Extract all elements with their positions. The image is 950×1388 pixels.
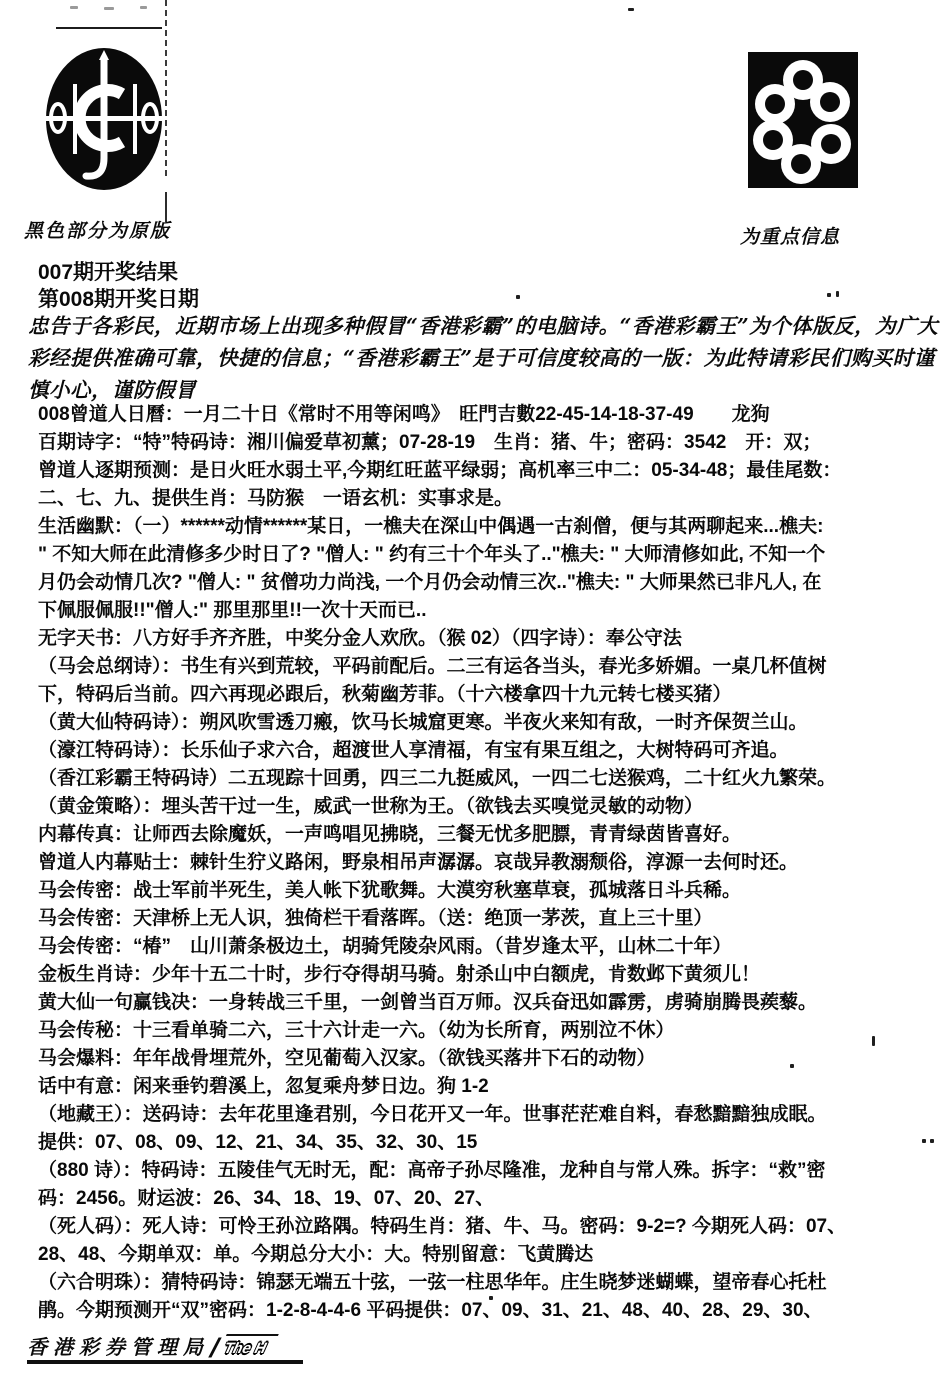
footer-brand-cn: 香港彩券管理局 bbox=[27, 1334, 209, 1360]
text-line-15: 内幕传真：让师西去除魔妖，一声鸣唱见拂晓，三餐无忧多肥膘，青青绿茵皆喜好。 bbox=[38, 821, 946, 849]
scan-noise bbox=[516, 295, 520, 299]
text-line-21: 黄大仙一句赢钱决：一身转战三千里，一剑曾当百万师。汉兵奋迅如霹雳，虏骑崩腾畏蒺藜… bbox=[38, 989, 946, 1017]
text-line-2: 曾道人逐期预测：是日火旺水弱土平,今期红旺蓝平绿弱；高机率三中二：05-34-4… bbox=[38, 457, 946, 485]
scanned-lottery-sheet: { "header": { "left_logo": "club-crest-i… bbox=[0, 0, 950, 1388]
body-text: 008曾道人日曆：一月二十日《常时不用等闲鸣》 旺門吉數22-45-14-18-… bbox=[38, 401, 946, 1325]
text-line-32: 鹃。今期预测开“双”密码：1-2-8-4-4-6 平码提供：07、09、31、2… bbox=[38, 1297, 946, 1325]
text-line-6: 月仍会动情几次? "僧人: " 贫僧功力尚浅, 一个月仍会动情三次.."樵夫: … bbox=[38, 569, 946, 597]
text-line-12: （濠江特码诗）：长乐仙子求六合，超渡世人享清福，有宝有果互组之，大树特码可齐追。 bbox=[38, 737, 946, 765]
footer-brand: 香港彩券管理局 / The H bbox=[27, 1330, 303, 1364]
text-line-14: （黄金策略）：埋头苦干过一生，威武一世称为王。（欲钱去买嗅觉灵敏的动物） bbox=[38, 793, 946, 821]
scan-noise bbox=[140, 6, 147, 9]
text-line-5: " 不知大师在此清修多少时日了? "僧人: " 约有三十个年头了.."樵夫: "… bbox=[38, 541, 946, 569]
club-crest-icon bbox=[44, 46, 166, 199]
text-line-24: 话中有意：闲来垂钓碧溪上，忽复乘舟梦日边。狗 1-2 bbox=[38, 1073, 946, 1101]
text-line-27: （880 诗）：特码诗：五陵佳气无时无，配：高帝子孙尽隆准，龙种自与常人殊。拆字… bbox=[38, 1157, 946, 1185]
left-logo-caption: 黑色部分为原版 bbox=[24, 216, 171, 243]
scan-noise bbox=[827, 293, 831, 297]
draw-titles: 007期开奖结果 第008期开奖日期 bbox=[38, 259, 199, 313]
text-line-0: 008曾道人日曆：一月二十日《常时不用等闲鸣》 旺門吉數22-45-14-18-… bbox=[38, 401, 946, 429]
text-line-18: 马会传密：天津桥上无人识，独倚栏干看落晖。（送：绝顶一茅茨，直上三十里） bbox=[38, 905, 946, 933]
right-logo-caption: 为重点信息 bbox=[740, 222, 840, 249]
scan-noise bbox=[836, 291, 839, 297]
scan-noise bbox=[628, 8, 634, 11]
text-line-13: （香江彩霸王特码诗）二五现踪十回勇，四三二九挺威风，一四二七送猴鸡，二十红火九繁… bbox=[38, 765, 946, 793]
text-line-17: 马会传密：战士军前半死生，美人帐下犹歌舞。大漠穷秋塞草衰，孤城落日斗兵稀。 bbox=[38, 877, 946, 905]
text-line-16: 曾道人内幕贴士：棘针生狞义路闲，野泉相吊声潺潺。哀哉异教溺颓俗，淳源一去何时还。 bbox=[38, 849, 946, 877]
previous-draw-result-title: 007期开奖结果 bbox=[38, 259, 199, 286]
text-line-29: （死人码）：死人诗：可怜王孙泣路隅。特码生肖：猪、牛、马。密码：9-2=? 今期… bbox=[38, 1213, 946, 1241]
text-line-31: （六合明珠）：猜特码诗：锦瑟无端五十弦，一弦一柱思华年。庄生晓梦迷蝴蝶，望帝春心… bbox=[38, 1269, 946, 1297]
text-line-25: （地藏王）：送码诗：去年花里逢君别，今日花开又一年。世事茫茫难自料，春愁黯黯独成… bbox=[38, 1101, 946, 1129]
text-line-10: 下，特码后当前。四六再现必跟后，秋菊幽芳菲。（十六楼拿四十九元转七楼买猪） bbox=[38, 681, 946, 709]
footer-brand-en: The H bbox=[215, 1334, 278, 1360]
text-line-28: 码：2456。财运波：26、34、18、19、07、20、27、 bbox=[38, 1185, 946, 1213]
text-line-8: 无字天书：八方好手齐齐胜，中奖分金人欢欣。（猴 02）（四字诗）：奉公守法 bbox=[38, 625, 946, 653]
faded-header-underline bbox=[56, 12, 162, 29]
scan-noise bbox=[104, 7, 114, 10]
text-line-9: （马会总纲诗）：书生有兴到荒较，平码前配后。二三有运各当头，春光多娇媚。一桌几杯… bbox=[38, 653, 946, 681]
text-line-30: 28、48、今期单双：单。今期总分大小：大。特别留意：飞黄腾达 bbox=[38, 1241, 946, 1269]
next-draw-date-title: 第008期开奖日期 bbox=[38, 286, 199, 313]
text-line-22: 马会传秘：十三看单骑二六，三十六计走一六。（幼为长所育，两别泣不休） bbox=[38, 1017, 946, 1045]
text-line-20: 金板生肖诗：少年十五二十时，步行夺得胡马骑。射杀山中白额虎，肯数邺下黄须儿！ bbox=[38, 961, 946, 989]
text-line-3: 二、七、九、提供生肖：马防猴 一语玄机：实事求是。 bbox=[38, 485, 946, 513]
text-line-23: 马会爆料：年年战骨埋荒外，空见葡萄入汉家。（欲钱买落井下石的动物） bbox=[38, 1045, 946, 1073]
text-line-4: 生活幽默：（一）******动情******某日，一樵夫在深山中偶遇一古刹僧，便… bbox=[38, 513, 946, 541]
interlocked-rings-icon bbox=[748, 52, 858, 193]
text-line-11: （黄大仙特码诗）：朔风吹雪透刀瘢，饮马长城窟更寒。半夜火来知有敌，一时齐保贺兰山… bbox=[38, 709, 946, 737]
text-line-7: 下佩服佩服!!"僧人:" 那里那里!!一次十天而已.. bbox=[38, 597, 946, 625]
anti-counterfeit-notice: 忠告于各彩民，近期市场上出现多种假冒“香港彩霸”的电脑诗。“香港彩霸王”为个体版… bbox=[28, 310, 946, 406]
text-line-1: 百期诗字：“特”特码诗：湘川偏爱草初薰；07-28-19 生肖：猪、牛；密码：3… bbox=[38, 429, 946, 457]
text-line-19: 马会传密：“椿” 山川萧条极边土，胡骑凭陵杂风雨。（昔岁逢太平，山林二十年） bbox=[38, 933, 946, 961]
scan-noise bbox=[70, 6, 78, 9]
text-line-26: 提供：07、08、09、12、21、34、35、32、30、15 bbox=[38, 1129, 946, 1157]
